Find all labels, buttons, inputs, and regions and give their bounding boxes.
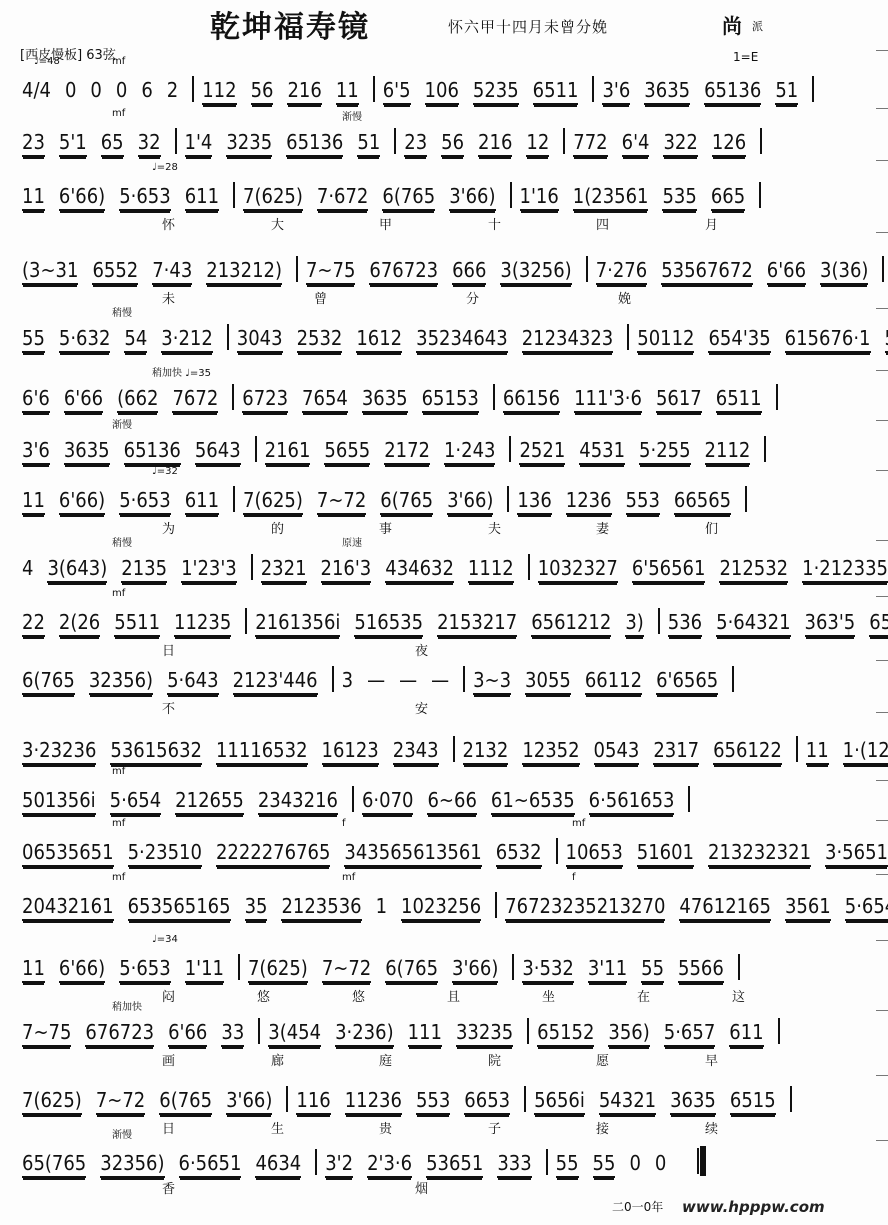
barline	[175, 128, 177, 154]
barline	[394, 128, 396, 154]
lyric-char: 早	[705, 1050, 718, 1069]
note-group: 23	[404, 130, 427, 157]
note-group: 1'11	[185, 956, 224, 983]
score-title: 乾坤福寿镜	[210, 2, 370, 46]
barline	[315, 1149, 317, 1175]
notation-row: 555·632543·21230432532161235234643212343…	[22, 324, 888, 353]
barline	[453, 736, 455, 762]
measure: 1'432356513651	[185, 130, 395, 154]
note-group: 5·654	[110, 788, 162, 815]
expression-mark: mf	[572, 818, 585, 829]
note-group: 3(36)	[820, 258, 868, 285]
note-group: 2135	[121, 556, 167, 583]
note-group: 3·23236	[22, 738, 96, 765]
note-group: 611	[185, 184, 219, 211]
expression-mark: mf	[112, 588, 125, 599]
measure: 50112654'35615676·150656567672	[637, 326, 888, 350]
notation-row: (3~3165527·43213212)7~756767236663(3256)…	[22, 256, 888, 285]
note-group: 363'5	[805, 610, 856, 637]
measure: 116'66)5·653611	[22, 488, 233, 512]
score-line: 渐慢65(76532356)6·565146343'22'3·653651333…	[22, 1140, 812, 1188]
note-group: 7~72	[322, 956, 371, 983]
note-group: 12352	[522, 738, 579, 765]
barline	[546, 1149, 548, 1175]
note-group: 6·5651	[179, 1151, 242, 1178]
lyric-char: 续	[705, 1118, 718, 1137]
note-group: 7(625)	[243, 488, 303, 515]
score-line: mffmf065356515·2351022222767653435656135…	[22, 832, 812, 880]
note-group: 5·653	[119, 956, 171, 983]
lyric-char: 月	[705, 214, 718, 233]
lyric-char: 大	[271, 214, 284, 233]
note-group: 51	[357, 130, 380, 157]
note-group: 665	[711, 184, 745, 211]
note-group: 66565	[674, 488, 731, 515]
note-group: 3(454	[268, 1020, 321, 1047]
note-group: 3(3256)	[500, 258, 571, 285]
barline	[286, 1086, 288, 1112]
note-group: 12	[526, 130, 549, 157]
final-barline	[700, 1146, 706, 1176]
note-group: —	[431, 668, 449, 693]
lyric-char: 未	[162, 288, 175, 307]
measure: 116112365536653	[296, 1088, 524, 1112]
barline	[812, 76, 814, 102]
measure: 3'22'3·653651333	[325, 1151, 545, 1175]
note-group: 356)	[608, 1020, 649, 1047]
note-group: 4634	[255, 1151, 301, 1178]
measure: 7~756767236663(3256)	[306, 258, 586, 282]
expression-mark: mf	[112, 56, 125, 67]
lyric-char: 这	[732, 986, 745, 1005]
measure: 2321216'34346321112	[261, 556, 528, 580]
measure: 4/400062	[22, 78, 192, 102]
note-group: 772	[573, 130, 607, 157]
note-group: 516535	[354, 610, 423, 637]
note-group: —	[367, 668, 385, 693]
note-group: 7(625)	[243, 184, 303, 211]
barline	[507, 486, 509, 512]
note-group: 6511	[716, 386, 762, 413]
note-group: 3235	[226, 130, 272, 157]
note-group: 136	[517, 488, 551, 515]
expression-mark: 稍慢	[112, 304, 132, 319]
note-group: 3635	[362, 386, 408, 413]
score-page: 乾坤福寿镜 怀六甲十四月未曾分娩 尚 派 1=E [西皮慢板] 63弦 ♩=48…	[0, 0, 888, 1225]
note-group: 1112	[468, 556, 514, 583]
measure: (3~3165527·43213212)	[22, 258, 296, 282]
note-group: 7~72	[96, 1088, 145, 1115]
lyric-char: 画	[162, 1050, 175, 1069]
note-group: 322	[663, 130, 697, 157]
note-group: 3'6	[22, 438, 50, 465]
measure: 116'66)5·653611	[22, 184, 233, 208]
note-group: 5·64321	[716, 610, 790, 637]
measure: 2043216165356516535212353611023256	[22, 894, 495, 918]
note-group: 2161	[265, 438, 311, 465]
note-group: 7~75	[22, 1020, 71, 1047]
measure: 7(625)7~726(7653'66)	[22, 1088, 286, 1112]
note-group: 2132	[463, 738, 509, 765]
measure: 3'636356513651	[602, 78, 812, 102]
notation-row: 3'636356513656432161565521721·2432521453…	[22, 436, 774, 465]
lyric-char: 十	[488, 214, 501, 233]
note-group: 6	[141, 78, 152, 103]
barline	[232, 384, 234, 410]
note-group: 11116532	[216, 738, 308, 765]
score-line: 6(76532356)5·6432123'4463———3~3305566112…	[22, 660, 812, 708]
barline	[732, 666, 734, 692]
barline	[238, 954, 240, 980]
note-group: 6(765	[22, 668, 75, 695]
note-group: 6'66)	[59, 956, 105, 983]
notation-row: 6'66'66(66276726723765436356515366156111…	[22, 384, 786, 413]
note-group: 1'16	[520, 184, 559, 211]
tempo-marking: 稍加快 ♩=35	[152, 364, 211, 379]
note-group: 6'4	[622, 130, 650, 157]
note-group: 1·243	[444, 438, 496, 465]
score-line: ♩=28116'66)5·6536117(625)7·6726(7653'66)…	[22, 176, 812, 224]
note-group: 2123'446	[233, 668, 318, 695]
note-group: 213212)	[206, 258, 282, 285]
lyric-char: 曾	[314, 288, 327, 307]
measure: 222(26551111235	[22, 610, 245, 634]
lyric-char: 且	[447, 986, 460, 1005]
expression-mark: mf	[112, 872, 125, 883]
note-group: 1	[376, 894, 387, 919]
lyric-char: 妻	[596, 518, 609, 537]
measure: 1125621611	[202, 78, 372, 102]
barline	[658, 608, 660, 634]
note-group: 213232321	[708, 840, 811, 867]
notation-row: 2043216165356516535212353611023256767232…	[22, 892, 888, 921]
note-group: 55	[593, 1151, 616, 1178]
lyric-char: 为	[162, 518, 175, 537]
note-group: 7·43	[152, 258, 192, 285]
note-group: 22	[22, 610, 45, 637]
score-line: mf222(265511112352161356i516535215321765…	[22, 602, 812, 650]
note-group: 676723	[369, 258, 438, 285]
measure: 555500	[556, 1151, 681, 1175]
note-group: 6(765	[380, 488, 433, 515]
lyric-char: 夜	[415, 640, 428, 659]
note-group: 23	[22, 130, 45, 157]
measure: 501356i5·6542126552343216	[22, 788, 352, 812]
measure: 65(76532356)6·56514634	[22, 1151, 315, 1175]
author-suffix: 派	[752, 18, 763, 34]
note-group: 1'23'3	[181, 556, 237, 583]
note-group: 33235	[456, 1020, 513, 1047]
barline	[463, 666, 465, 692]
note-group: 32	[138, 130, 161, 157]
note-group: 536	[668, 610, 702, 637]
note-group: 611	[185, 488, 219, 515]
note-group: 2(26	[59, 610, 100, 637]
notation-row: 7~756767236'66333(4543·236)1113323565152…	[22, 1018, 788, 1047]
score-line: 稍加快7~756767236'66333(4543·236)1113323565…	[22, 1012, 812, 1060]
note-group: 65136	[704, 78, 761, 105]
note-group: 6511	[533, 78, 579, 105]
note-group: 11235	[174, 610, 231, 637]
note-group: 6'5	[383, 78, 411, 105]
note-group: 1(23561	[573, 184, 649, 211]
note-group: 2532	[297, 326, 343, 353]
measure: 235'16532	[22, 130, 175, 154]
note-group: 4/4	[22, 78, 51, 103]
barline	[245, 608, 247, 634]
note-group: 6(765	[385, 956, 438, 983]
score-line: (3~3165527·43213212)7~756767236663(3256)…	[22, 250, 812, 298]
measure: 3———	[342, 668, 463, 692]
note-group: 3'66)	[226, 1088, 272, 1115]
note-group: 55	[22, 326, 45, 353]
barline	[512, 954, 514, 980]
expression-mark: mf	[342, 872, 355, 883]
barline	[296, 256, 298, 282]
barline	[776, 384, 778, 410]
note-group: 55	[556, 1151, 579, 1178]
note-group: 4	[22, 556, 33, 581]
note-group: 6(765	[159, 1088, 212, 1115]
notation-row: 4/40006211256216116'5106523565113'636356…	[22, 76, 822, 105]
measure: 252145315·2552112	[519, 438, 764, 462]
measure: 7726'4322126	[573, 130, 760, 154]
note-group: 11236	[345, 1088, 402, 1115]
margin-ticks	[874, 0, 888, 1225]
note-group: 2161356i	[255, 610, 340, 637]
note-group: 7(625)	[22, 1088, 82, 1115]
note-group: 3	[342, 668, 353, 693]
note-group: 20432161	[22, 894, 114, 921]
barline	[778, 1018, 780, 1044]
note-group: 1612	[356, 326, 402, 353]
notation-row: 501356i5·65421265523432166·0706~6661~653…	[22, 786, 698, 815]
note-group: 2112	[705, 438, 751, 465]
lyric-char: 子	[488, 1118, 501, 1137]
expression-mark: f	[572, 872, 576, 883]
note-group: 666	[452, 258, 486, 285]
note-group: 6561212	[531, 610, 611, 637]
barline	[627, 324, 629, 350]
expression-mark: mf	[112, 108, 125, 119]
barline	[495, 892, 497, 918]
lyric-char: 在	[637, 986, 650, 1005]
lyric-char: 庭	[379, 1050, 392, 1069]
note-group: 0	[65, 78, 76, 103]
note-group: 2172	[384, 438, 430, 465]
note-group: 3'2	[325, 1151, 353, 1178]
measure: 67237654363565153	[242, 386, 493, 410]
measure: 5365·64321363'56515	[668, 610, 888, 634]
lyric-char: 闷	[162, 986, 175, 1005]
note-group: 65136	[286, 130, 343, 157]
measure: 2161565521721·243	[265, 438, 510, 462]
note-group: 6'66	[64, 386, 103, 413]
lyric-char: 甲	[379, 214, 392, 233]
score-line: 3·23236536156321111653216123234321321235…	[22, 730, 812, 778]
expression-mark: 原速	[342, 534, 362, 549]
barline	[233, 486, 235, 512]
note-group: 65(765	[22, 1151, 86, 1178]
expression-mark: 渐慢	[112, 1126, 132, 1141]
note-group: 6532	[496, 840, 542, 867]
note-group: (662	[117, 386, 158, 413]
note-group: 1236	[566, 488, 612, 515]
lyric-char: 悠	[257, 986, 270, 1005]
measure: 5656i5432136356515	[534, 1088, 790, 1112]
measure: 116'66)5·6531'11	[22, 956, 238, 980]
note-group: 212655	[175, 788, 244, 815]
lyric-char: 不	[162, 698, 175, 717]
note-group: 65136	[124, 438, 181, 465]
lyric-char: 娩	[618, 288, 631, 307]
note-group: 5656i	[534, 1088, 585, 1115]
note-group: 10653	[566, 840, 623, 867]
notation-row: 3·23236536156321111653216123234321321235…	[22, 736, 888, 765]
lyric-char: 香	[162, 1178, 175, 1197]
note-group: 0	[116, 78, 127, 103]
date-signature: 二0一0年	[612, 1198, 663, 1215]
expression-mark: mf	[112, 766, 125, 777]
note-group: 53567672	[661, 258, 753, 285]
note-group: 5·653	[119, 488, 171, 515]
note-group: 7672	[172, 386, 218, 413]
barline	[233, 182, 235, 208]
barline	[586, 256, 588, 282]
measure: 6'510652356511	[383, 78, 593, 102]
score-line: ♩=32116'66)5·6536117(625)7~726(7653'66)1…	[22, 480, 812, 528]
note-group: 66112	[585, 668, 642, 695]
measure: 65152356)5·657611	[537, 1020, 777, 1044]
note-group: 3·212	[161, 326, 213, 353]
tempo-marking: ♩=48	[34, 56, 60, 67]
score-line: 7(625)7~726(7653'66)1161123655366535656i…	[22, 1080, 812, 1128]
measure: 6'66'66(6627672	[22, 386, 232, 410]
note-group: 434632	[385, 556, 454, 583]
barline	[796, 736, 798, 762]
note-group: 65	[101, 130, 124, 157]
note-group: 53651	[426, 1151, 483, 1178]
note-group: 3'66)	[447, 488, 493, 515]
note-group: 2317	[653, 738, 699, 765]
notation-row: 116'66)5·6536117(625)7~726(7653'66)13612…	[22, 486, 755, 515]
barline	[192, 76, 194, 102]
note-group: 32356)	[89, 668, 153, 695]
note-group: 112	[202, 78, 236, 105]
note-group: 0	[629, 1151, 640, 1176]
note-group: 1'4	[185, 130, 213, 157]
barline	[373, 76, 375, 102]
expression-mark: 渐慢	[112, 416, 132, 431]
note-group: 676723	[85, 1020, 154, 1047]
score-line: ♩=34116'66)5·6531'117(625)7~726(7653'66)…	[22, 948, 812, 996]
measure: 3043253216123523464321234323	[237, 326, 627, 350]
measure: 3~33055661126'6565	[473, 668, 732, 692]
note-group: 66156	[503, 386, 560, 413]
measure: 7~756767236'6633	[22, 1020, 258, 1044]
note-group: 6'66	[767, 258, 806, 285]
note-group: 3·532	[522, 956, 574, 983]
note-group: 5566	[678, 956, 724, 983]
barline	[528, 554, 530, 580]
note-group: 1023256	[401, 894, 481, 921]
barline	[688, 786, 690, 812]
note-group: 3(643)	[47, 556, 107, 583]
notation-row: 116'66)5·6531'117(625)7~726(7653'66)3·53…	[22, 954, 748, 983]
score-subtitle: 怀六甲十四月未曾分娩	[448, 16, 608, 37]
notation-row: 7(625)7~726(7653'66)1161123655366535656i…	[22, 1086, 800, 1115]
note-group: 65152	[537, 1020, 594, 1047]
note-group: 216	[287, 78, 321, 105]
barline	[759, 182, 761, 208]
score-line: 稍加快 ♩=356'66'66(662767267237654363565153…	[22, 378, 812, 426]
note-group: 3)	[625, 610, 643, 637]
note-group: 16123	[322, 738, 379, 765]
author: 尚	[722, 10, 742, 39]
note-group: 6'56561	[632, 556, 706, 583]
expression-mark: f	[342, 818, 346, 829]
measure: 10653516012132323213·56516535	[566, 840, 888, 864]
note-group: 76723235213270	[505, 894, 665, 921]
note-group: 7·276	[596, 258, 648, 285]
barline	[251, 554, 253, 580]
notation-row: 65(76532356)6·565146343'22'3·65365133355…	[22, 1146, 706, 1178]
note-group: 2521	[519, 438, 565, 465]
note-group: 3'6	[602, 78, 630, 105]
note-group: 06535651	[22, 840, 114, 867]
measure: 66156111'3·656176511	[503, 386, 776, 410]
note-group: 6552	[92, 258, 138, 285]
score-line: 稍慢555·632543·212304325321612352346432123…	[22, 318, 812, 366]
note-group: 11	[336, 78, 359, 105]
note-group: 3561	[785, 894, 831, 921]
note-group: 3635	[670, 1088, 716, 1115]
note-group: 5·643	[167, 668, 219, 695]
lyric-char: 廊	[271, 1050, 284, 1069]
note-group: 5643	[195, 438, 241, 465]
notation-row: 43(643)21351'23'32321216'343463211121032…	[22, 554, 888, 583]
note-group: 212532	[719, 556, 788, 583]
lyric-char: 日	[162, 640, 175, 659]
note-group: 21234323	[522, 326, 614, 353]
note-group: 111'3·6	[574, 386, 642, 413]
note-group: 5235	[473, 78, 519, 105]
note-group: 615676·1	[785, 326, 871, 353]
lyric-char: 怀	[162, 214, 175, 233]
lyric-char: 分	[466, 288, 479, 307]
measure: 065356515·235102222276765343565613561653…	[22, 840, 556, 864]
measure: 3·232365361563211116532161232343	[22, 738, 453, 762]
barline	[493, 384, 495, 410]
note-group: 6'66)	[59, 488, 105, 515]
lyric-char: 烟	[415, 1178, 428, 1197]
note-group: 553	[626, 488, 660, 515]
note-group: 56	[251, 78, 274, 105]
note-group: 5·23510	[128, 840, 202, 867]
note-group: 11	[806, 738, 829, 765]
barline	[527, 1018, 529, 1044]
lyric-char: 们	[705, 518, 718, 537]
key-signature: 1=E	[733, 50, 758, 64]
note-group: 3'66)	[452, 956, 498, 983]
note-group: 656122	[713, 738, 782, 765]
note-group: 7654	[302, 386, 348, 413]
measure: 6(76532356)5·6432123'446	[22, 668, 332, 692]
note-group: 50112	[637, 326, 694, 353]
tempo-marking: ♩=32	[152, 466, 178, 477]
lyric-char: 院	[488, 1050, 501, 1069]
score-line: mf渐慢235'165321'4323565136512356216127726…	[22, 122, 812, 170]
